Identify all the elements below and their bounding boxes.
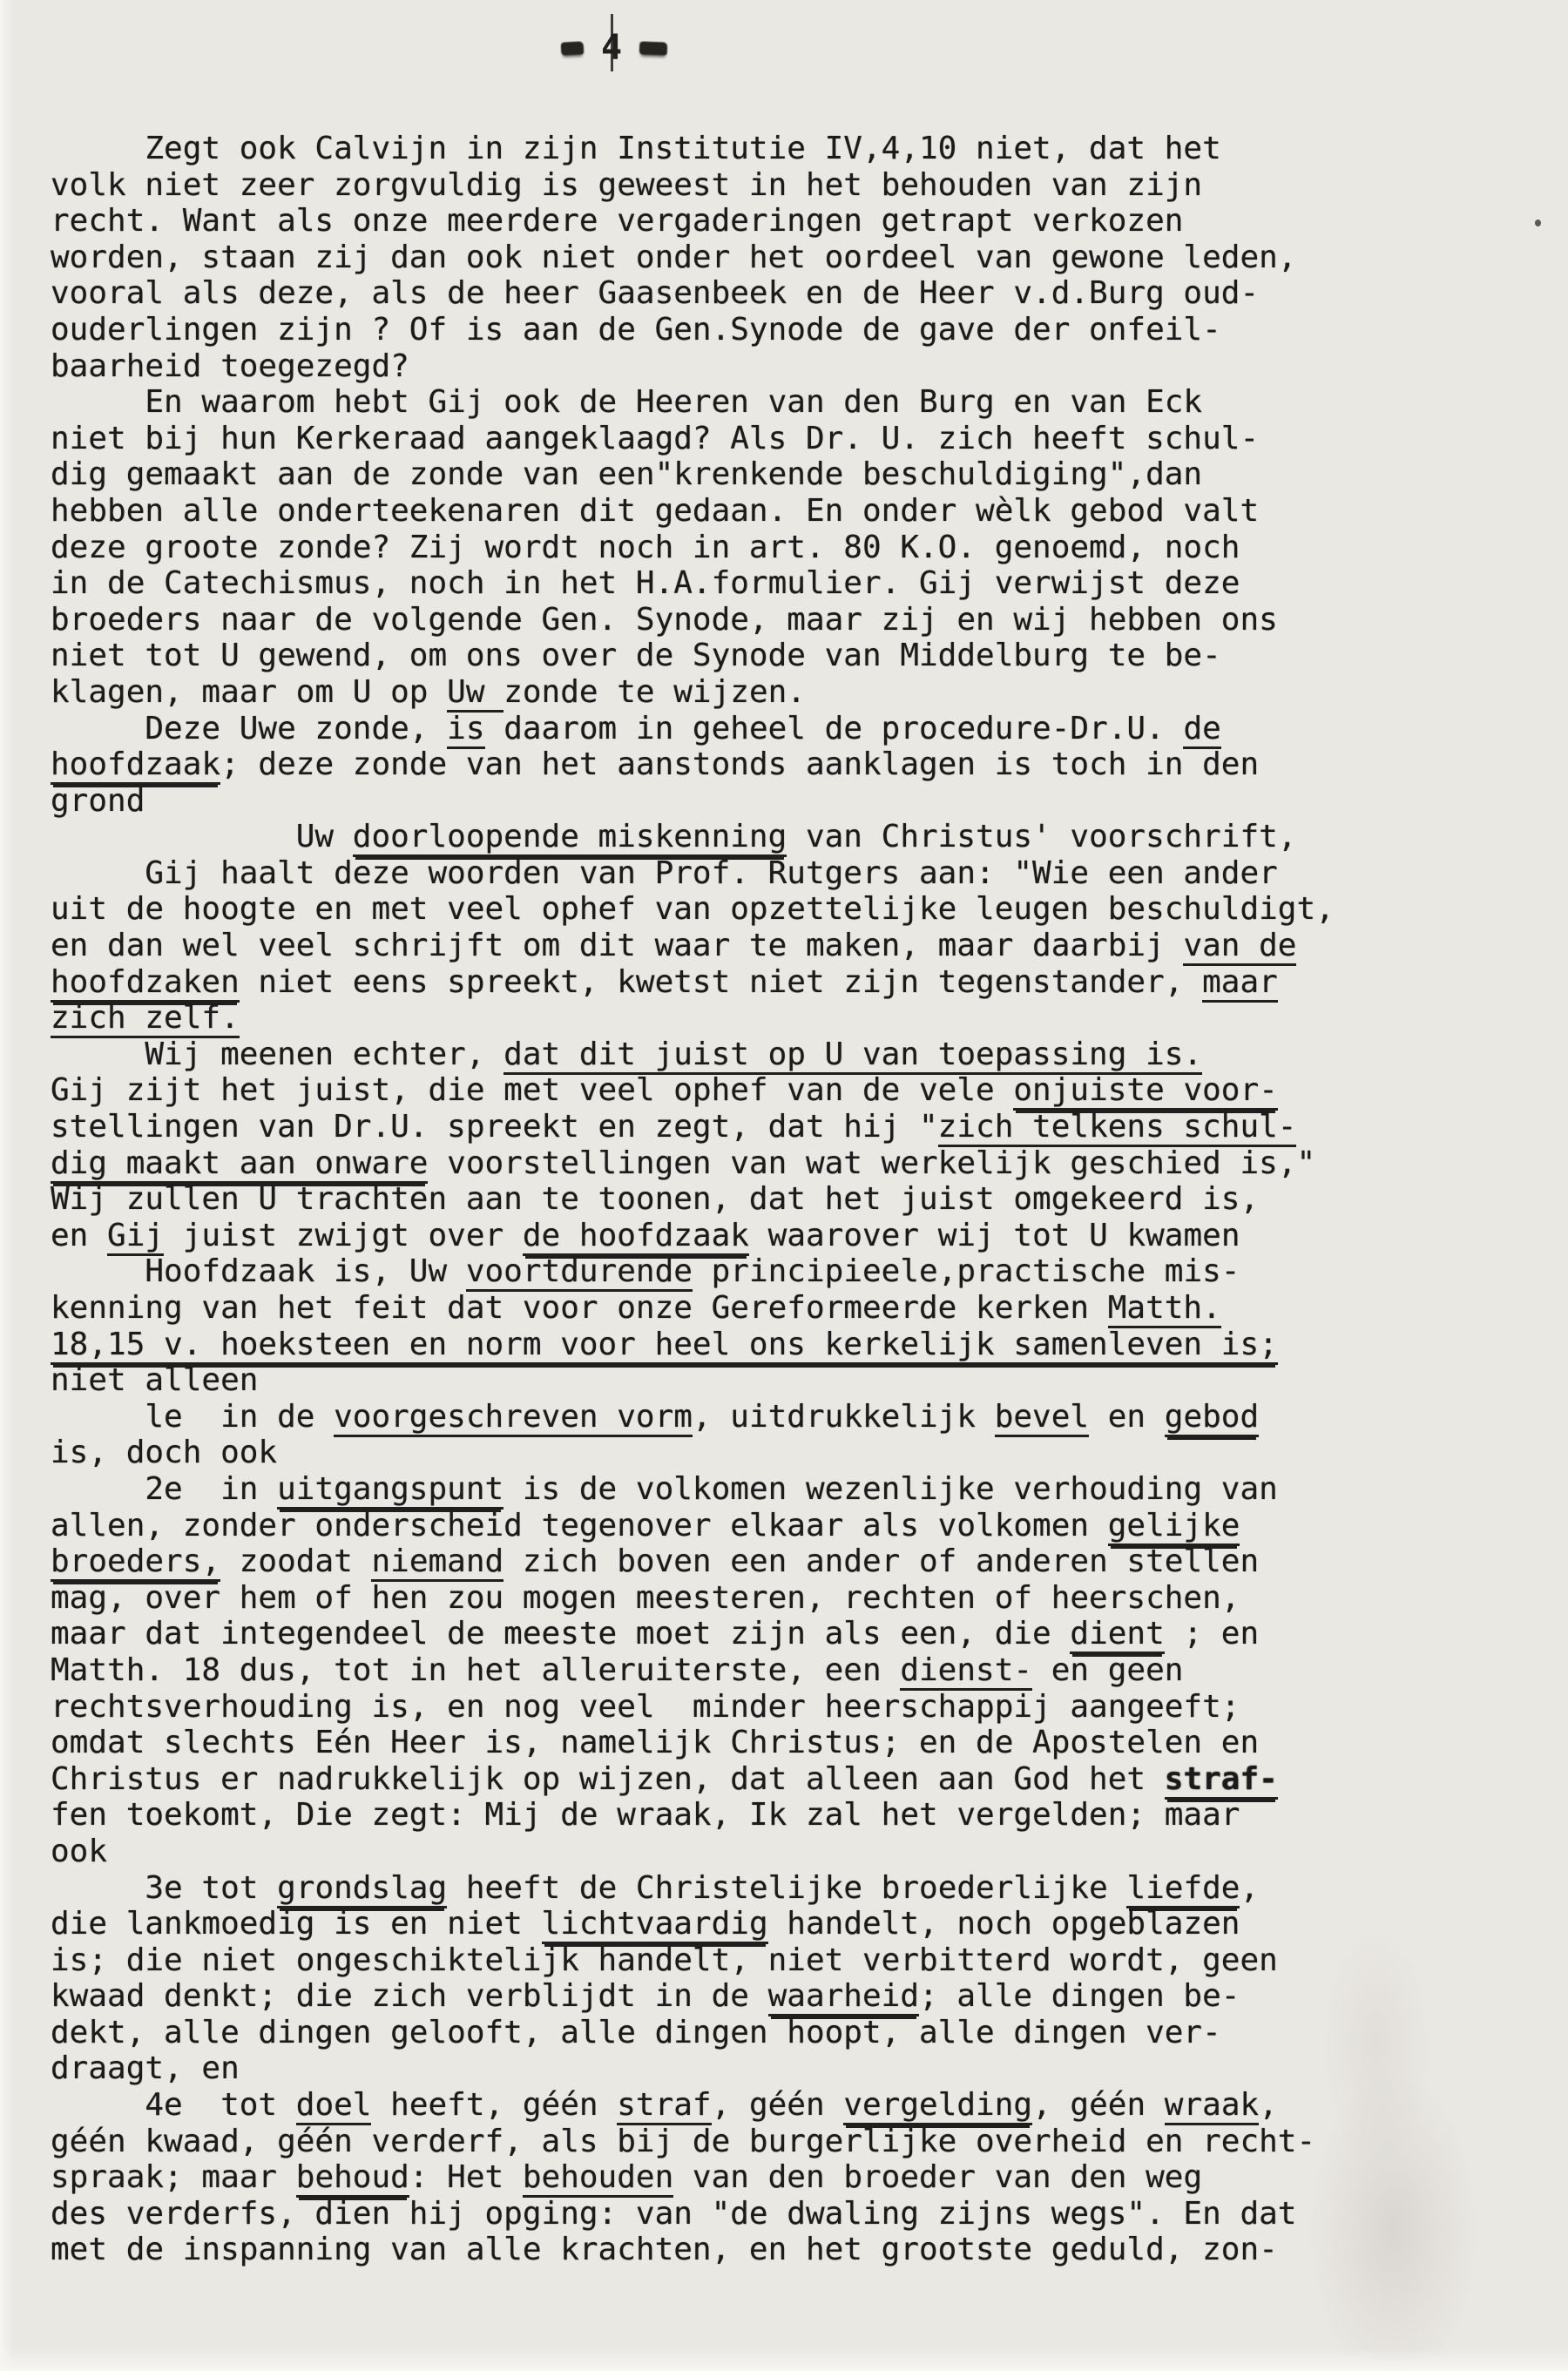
text-line: Hoofdzaak is, Uw voortdurende principiee… [51, 1253, 1335, 1290]
text-line: ook [51, 1834, 1335, 1870]
text-segment: , géén [1032, 2087, 1165, 2123]
text-segment: Gij zijt het juist, die met veel ophef v… [51, 1072, 1013, 1108]
underlined-text: zich zelf. [51, 1000, 240, 1038]
underlined-text: Gij [107, 1218, 164, 1256]
underlined-text: dat dit juist op U van toepassing is. [504, 1037, 1202, 1075]
underlined-text: is [447, 711, 484, 749]
text-line: 2e in uitgangspunt is de volkomen wezenl… [51, 1471, 1335, 1508]
text-line: le in de voorgeschreven vorm, uitdrukkel… [51, 1399, 1335, 1435]
underlined-text: gelijke [1108, 1508, 1240, 1546]
text-segment: kwaad denkt; die zich verblijdt in de [51, 1978, 768, 2014]
text-line: met de inspanning van alle krachten, en … [51, 2232, 1335, 2268]
text-line: maar dat integendeel de meeste moet zijn… [51, 1616, 1335, 1652]
text-segment: en [1089, 1399, 1165, 1435]
text-segment: : Het [409, 2159, 523, 2195]
text-segment: van Christus' voorschrift, [787, 819, 1296, 855]
text-segment: 4e tot [51, 2087, 296, 2123]
text-line: Christus er nadrukkelijk op wijzen, dat … [51, 1761, 1335, 1798]
text-line: deze groote zonde? Zij wordt noch in art… [51, 530, 1335, 566]
text-segment: en [51, 1218, 107, 1253]
text-line: En waarom hebt Gij ook de Heeren van den… [51, 384, 1335, 421]
ink-smudge-right [639, 41, 668, 55]
underlined-text: van de [1183, 928, 1296, 966]
underlined-text: liefde [1126, 1870, 1240, 1908]
underlined-text: zich telkens schul- [938, 1109, 1297, 1147]
text-line: géén kwaad, géén verderf, als bij de bur… [51, 2124, 1335, 2160]
underlined-text: gebod [1165, 1399, 1259, 1437]
text-segment: Matth. 18 dus, tot in het alleruiterste,… [51, 1652, 900, 1688]
text-line: Uw doorloopende miskenning van Christus'… [51, 819, 1335, 855]
underlined-text: Matth. [1108, 1290, 1221, 1328]
text-segment: 2e in [51, 1471, 277, 1507]
text-segment: principieele,practische mis- [693, 1253, 1240, 1289]
underlined-text: straf- [1165, 1761, 1278, 1800]
text-segment: zoodat [220, 1544, 371, 1579]
underlined-text: de [1183, 711, 1220, 749]
page-number: 4 [601, 24, 622, 71]
text-line: rechtsverhouding is, en nog veel minder … [51, 1689, 1335, 1726]
text-segment: kenning van het feit dat voor onze Geref… [51, 1290, 1108, 1326]
text-segment: 3e tot [51, 1870, 277, 1906]
underlined-text: doel [296, 2087, 372, 2125]
text-segment: , uitdrukkelijk [693, 1399, 995, 1435]
underlined-text: de hoofdzaak [523, 1218, 749, 1256]
text-line: worden, staan zij dan ook niet onder het… [51, 240, 1335, 276]
text-line: die lankmoedig is en niet lichtvaardig h… [51, 1906, 1335, 1942]
text-segment: van den broeder van den weg [673, 2159, 1202, 2195]
text-line: fen toekomt, Die zegt: Mij de wraak, Ik … [51, 1797, 1335, 1834]
text-line: spraak; maar behoud: Het behouden van de… [51, 2159, 1335, 2196]
underlined-text: Uw [447, 674, 504, 713]
text-segment: , [1240, 1870, 1259, 1906]
underlined-text: bevel [995, 1399, 1089, 1437]
text-line: kenning van het feit dat voor onze Geref… [51, 1290, 1335, 1327]
scan-dot-artifact [1535, 220, 1541, 226]
underlined-text: behouden [523, 2159, 673, 2198]
text-line: 4e tot doel heeft, géén straf, géén verg… [51, 2087, 1335, 2124]
underlined-text: straf [617, 2087, 711, 2125]
text-line: niet tot U gewend, om ons over de Synode… [51, 638, 1335, 674]
text-line: uit de hoogte en met veel ophef van opze… [51, 891, 1335, 928]
text-line: kwaad denkt; die zich verblijdt in de wa… [51, 1978, 1335, 2015]
text-line: vooral als deze, als de heer Gaasenbeek … [51, 275, 1335, 312]
text-segment: , géén [712, 2087, 844, 2123]
text-segment: ; en [1165, 1616, 1259, 1652]
text-line: hoofdzaken niet eens spreekt, kwetst nie… [51, 964, 1335, 1001]
text-segment: klagen, maar om U op [51, 674, 447, 710]
underlined-text: uitgangspunt [277, 1471, 504, 1510]
text-segment: ; alle dingen be- [919, 1978, 1240, 2014]
text-segment: die lankmoedig is en niet [51, 1906, 542, 1942]
ink-smudge-left [561, 41, 585, 55]
text-line: 3e tot grondslag heeft de Christelijke b… [51, 1870, 1335, 1907]
text-line: broeders naar de volgende Gen. Synode, m… [51, 602, 1335, 638]
text-line: stellingen van Dr.U. spreekt en zegt, da… [51, 1109, 1335, 1145]
text-line: dig gemaakt aan de zonde van een"krenken… [51, 456, 1335, 493]
text-line: Deze Uwe zonde, is daarom in geheel de p… [51, 711, 1335, 747]
text-line: Wij meenen echter, dat dit juist op U va… [51, 1037, 1335, 1073]
text-line: Matth. 18 dus, tot in het alleruiterste,… [51, 1652, 1335, 1689]
text-segment: en dan wel veel schrijft om dit waar te … [51, 928, 1183, 963]
text-segment: Deze Uwe zonde, [51, 711, 447, 746]
text-line: broeders, zoodat niemand zich boven een … [51, 1544, 1335, 1580]
text-segment: en geen [1032, 1652, 1183, 1688]
text-segment: Hoofdzaak is, Uw [51, 1253, 466, 1289]
text-line: niet bij hun Kerkeraad aangeklaagd? Als … [51, 421, 1335, 457]
text-segment: is de volkomen wezenlijke verhouding van [504, 1471, 1278, 1507]
text-segment: juist zwijgt over [164, 1218, 523, 1253]
text-segment: , [1259, 2087, 1278, 2123]
text-segment: Wij meenen echter, [51, 1037, 504, 1072]
underlined-text: onjuiste voor- [1013, 1072, 1277, 1111]
text-line: en Gij juist zwijgt over de hoofdzaak wa… [51, 1218, 1335, 1254]
underlined-text: behoud [296, 2159, 409, 2198]
text-segment: Uw [51, 819, 353, 855]
text-segment: handelt, noch opgeblazen [768, 1906, 1240, 1942]
underlined-text: wraak [1165, 2087, 1259, 2125]
text-line: des verderfs, dien hij opging: van "de d… [51, 2196, 1335, 2233]
text-line: baarheid toegezegd? [51, 348, 1335, 385]
text-line: dig maakt aan onware voorstellingen van … [51, 1145, 1335, 1182]
page-number-header: 4 [561, 24, 667, 71]
text-line: recht. Want als onze meerdere vergaderin… [51, 203, 1335, 240]
text-line: mag, over hem of hen zou mogen meesteren… [51, 1580, 1335, 1617]
text-line: is; die niet ongeschiktelijk handelt, ni… [51, 1942, 1335, 1979]
text-segment: daarom in geheel de procedure-Dr.U. [485, 711, 1184, 746]
underlined-text: 18,15 v. hoeksteen en norm voor heel ons… [51, 1327, 1278, 1365]
underlined-text: grondslag [277, 1870, 447, 1908]
text-segment: allen, zonder onderscheid tegenover elka… [51, 1508, 1108, 1544]
underlined-text: hoofdzaak [51, 746, 220, 785]
text-line: in de Catechismus, noch in het H.A.formu… [51, 565, 1335, 602]
underlined-text: vergelding [843, 2087, 1032, 2125]
underlined-text: voortdurende [466, 1253, 693, 1292]
text-segment: voorstellingen van wat werkelijk geschie… [428, 1145, 1315, 1181]
text-line: Gij zijt het juist, die met veel ophef v… [51, 1072, 1335, 1109]
text-line: 18,15 v. hoeksteen en norm voor heel ons… [51, 1327, 1335, 1363]
underlined-text: maar [1202, 964, 1278, 1003]
text-line: Wij zullen U trachten aan te toonen, dat… [51, 1181, 1335, 1218]
scan-edge-fade [0, 2348, 1568, 2371]
underlined-text: dienst- [900, 1652, 1032, 1691]
scanned-typewritten-page: { "page": { "number": "4", "paper_color"… [0, 0, 1568, 2371]
underlined-text: hoofdzaken [51, 964, 240, 1003]
underlined-text: broeders, [51, 1544, 220, 1582]
typewritten-text-body: Zegt ook Calvijn in zijn Institutie IV,4… [51, 131, 1335, 2268]
text-line: grond [51, 783, 1335, 820]
text-line: Zegt ook Calvijn in zijn Institutie IV,4… [51, 131, 1335, 167]
text-line: dekt, alle dingen gelooft, alle dingen h… [51, 2015, 1335, 2051]
text-line: klagen, maar om U op Uw zonde te wijzen. [51, 674, 1335, 711]
text-line: ouderlingen zijn ? Of is aan de Gen.Syno… [51, 312, 1335, 348]
text-segment: ; deze zonde van het aanstonds aanklagen… [220, 746, 1259, 782]
text-line: volk niet zeer zorgvuldig is geweest in … [51, 167, 1335, 204]
text-line: allen, zonder onderscheid tegenover elka… [51, 1508, 1335, 1544]
text-segment: le in de [51, 1399, 334, 1435]
text-segment: Christus er nadrukkelijk op wijzen, dat … [51, 1761, 1165, 1797]
text-segment: zonde te wijzen. [504, 674, 806, 710]
text-segment: spraak; maar [51, 2159, 296, 2195]
text-line: is, doch ook [51, 1435, 1335, 1471]
text-segment: heeft de Christelijke broederlijke [447, 1870, 1126, 1906]
text-line: niet alleen [51, 1362, 1335, 1399]
text-line: en dan wel veel schrijft om dit waar te … [51, 928, 1335, 964]
text-segment: waarover wij tot U kwamen [749, 1218, 1240, 1253]
text-line: omdat slechts Eén Heer is, namelijk Chri… [51, 1725, 1335, 1761]
underlined-text: waarheid [768, 1978, 919, 2016]
text-line: Gij haalt deze woorden van Prof. Rutgers… [51, 855, 1335, 892]
underlined-text: niemand [371, 1544, 504, 1582]
text-line: zich zelf. [51, 1000, 1335, 1037]
text-line: draagt, en [51, 2050, 1335, 2087]
text-line: hoofdzaak; deze zonde van het aanstonds … [51, 746, 1335, 783]
text-segment: zich boven een ander of anderen stellen [504, 1544, 1259, 1579]
text-segment: niet eens spreekt, kwetst niet zijn tege… [240, 964, 1202, 1000]
text-segment: stellingen van Dr.U. spreekt en zegt, da… [51, 1109, 938, 1145]
underlined-text: lichtvaardig [542, 1906, 768, 1944]
underlined-text: voorgeschreven vorm [334, 1399, 693, 1437]
underlined-text: dig maakt aan onware [51, 1145, 428, 1184]
text-segment: heeft, géén [371, 2087, 617, 2123]
underlined-text: doorloopende miskenning [353, 819, 787, 857]
underlined-text: dient [1070, 1616, 1164, 1654]
text-segment: maar dat integendeel de meeste moet zijn… [51, 1616, 1070, 1652]
text-line: hebben alle onderteekenaren dit gedaan. … [51, 493, 1335, 530]
